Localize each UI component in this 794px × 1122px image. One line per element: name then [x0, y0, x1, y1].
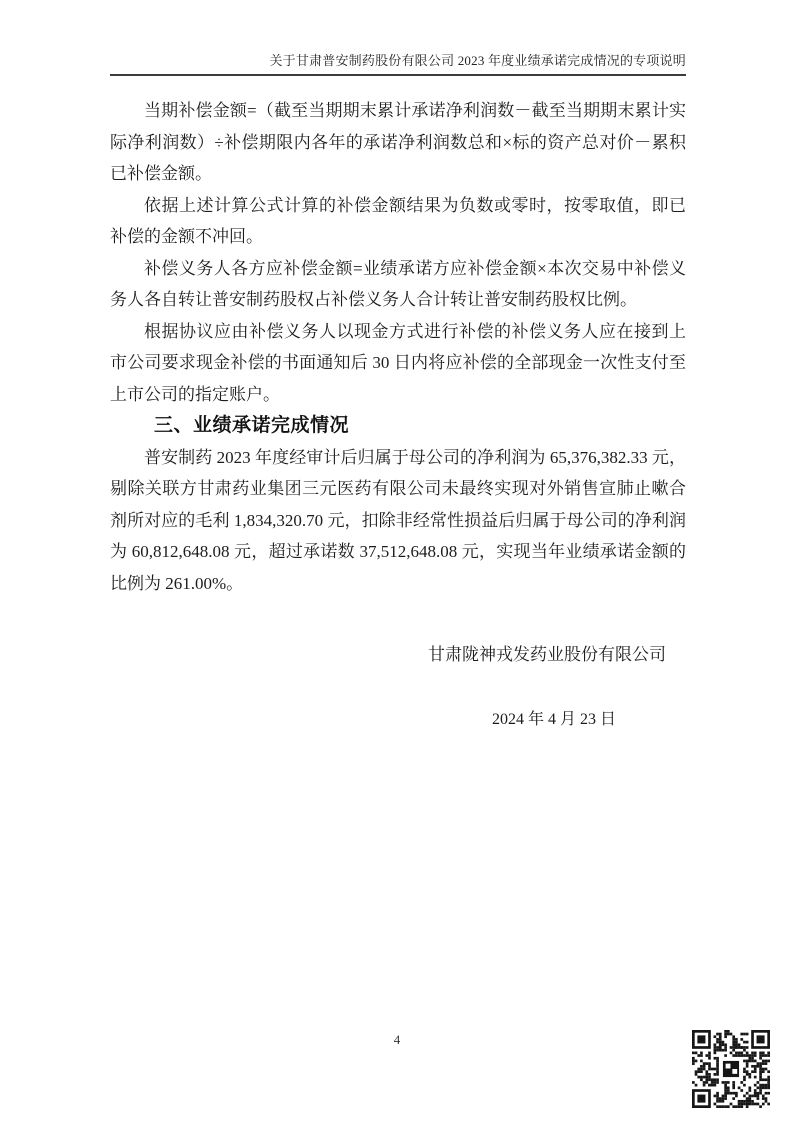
document-body: 当期补偿金额=（截至当期期末累计承诺净利润数－截至当期期末累计实际净利润数）÷补…: [110, 95, 686, 599]
header-title: 关于甘肃普安制药股份有限公司 2023 年度业绩承诺完成情况的专项说明: [110, 53, 686, 69]
page-footer: 4: [0, 1031, 794, 1049]
paragraph: 依据上述计算公式计算的补偿金额结果为负数或零时，按零取值，即已补偿的金额不冲回。: [110, 190, 686, 253]
signature-company: 甘肃陇神戎发药业股份有限公司: [428, 644, 666, 666]
section-heading: 三、业绩承诺完成情况: [110, 410, 686, 442]
signature-date: 2024 年 4 月 23 日: [492, 710, 616, 730]
paragraph: 根据协议应由补偿义务人以现金方式进行补偿的补偿义务人应在接到上市公司要求现金补偿…: [110, 316, 686, 411]
paragraph: 补偿义务人各方应补偿金额=业绩承诺方应补偿金额×本次交易中补偿义务人各自转让普安…: [110, 253, 686, 316]
document-page: 关于甘肃普安制药股份有限公司 2023 年度业绩承诺完成情况的专项说明 当期补偿…: [0, 0, 794, 1122]
page-number: 4: [394, 1032, 401, 1047]
page-header: 关于甘肃普安制药股份有限公司 2023 年度业绩承诺完成情况的专项说明: [110, 53, 686, 76]
paragraph: 当期补偿金额=（截至当期期末累计承诺净利润数－截至当期期末累计实际净利润数）÷补…: [110, 95, 686, 190]
qr-code-icon: [690, 1030, 772, 1108]
paragraph: 普安制药 2023 年度经审计后归属于母公司的净利润为 65,376,382.3…: [110, 442, 686, 600]
header-rule: [110, 74, 686, 76]
